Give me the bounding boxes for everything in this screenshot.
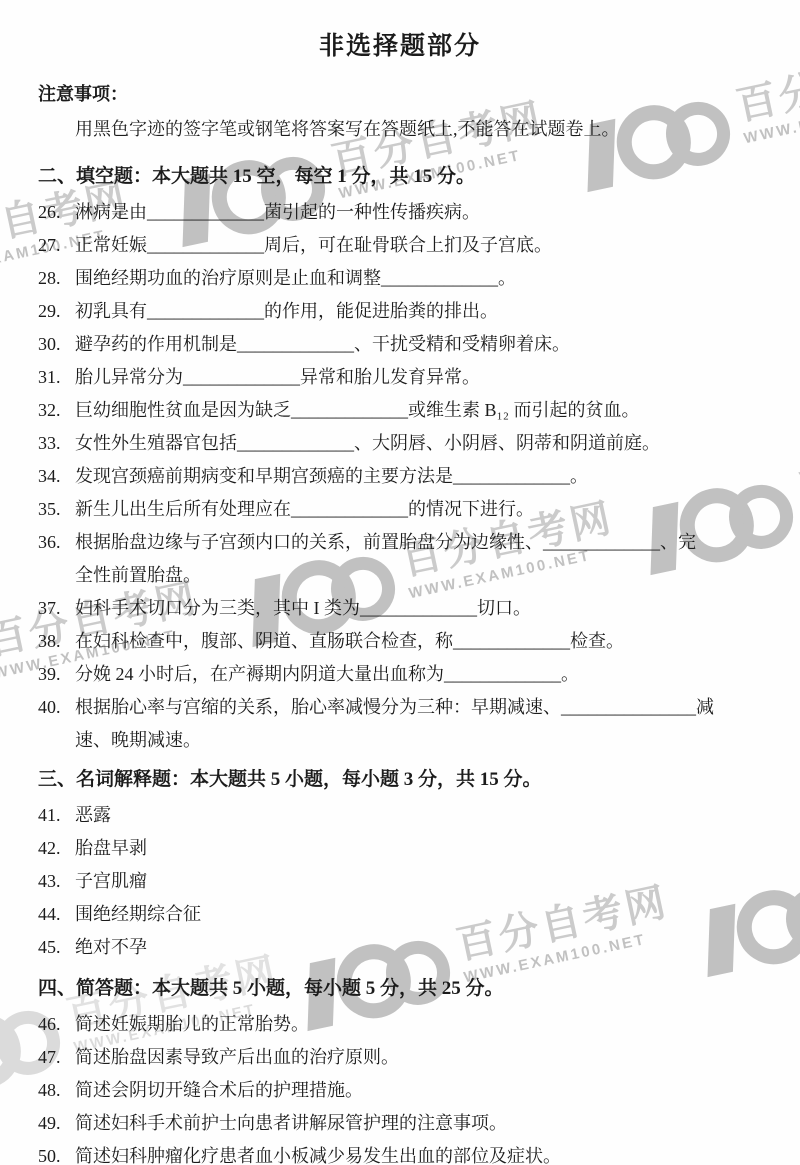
question-item: 44.围绝经期综合征 [75,898,752,931]
question-text: 在妇科检查中，腹部、阴道、直肠联合检查，称_____________检查。 [75,631,624,651]
question-item: 36.根据胎盘边缘与子宫颈内口的关系，前置胎盘分为边缘性、___________… [75,526,752,592]
question-text: 胎盘早剥 [75,838,147,858]
question-item: 35.新生儿出生后所有处理应在_____________的情况下进行。 [75,493,752,526]
question-item: 29.初乳具有_____________的作用，能促进胎粪的排出。 [75,295,752,328]
question-item: 41.恶露 [75,799,752,832]
question-text: 围绝经期功血的治疗原则是止血和调整_____________。 [75,268,516,288]
question-number: 38. [38,625,75,658]
question-text: 简述妇科肿瘤化疗患者血小板减少易发生出血的部位及症状。 [75,1146,561,1165]
question-item: 37.妇科手术切口分为三类，其中 I 类为_____________切口。 [75,592,752,625]
question-text: 围绝经期综合征 [75,904,201,924]
question-number: 40. [38,691,75,724]
question-number: 28. [38,262,75,295]
question-number: 35. [38,493,75,526]
notice-text: 用黑色字迹的签字笔或钢笔将答案写在答题纸上,不能答在试题卷上。 [75,117,750,141]
question-number: 34. [38,460,75,493]
question-text: 简述妊娠期胎儿的正常胎势。 [75,1014,309,1034]
definitions-question-list: 41.恶露 42.胎盘早剥 43.子宫肌瘤 44.围绝经期综合征 45.绝对不孕 [0,799,800,964]
question-item: 33.女性外生殖器官包括_____________、大阴唇、小阴唇、阴蒂和阴道前… [75,427,752,460]
question-item: 30.避孕药的作用机制是_____________、干扰受精和受精卵着床。 [75,328,752,361]
question-text: 避孕药的作用机制是_____________、干扰受精和受精卵着床。 [75,334,570,354]
question-number: 33. [38,427,75,460]
question-number: 27. [38,229,75,262]
question-item: 47.简述胎盘因素导致产后出血的治疗原则。 [75,1041,752,1074]
question-item: 40.根据胎心率与宫缩的关系，胎心率减慢分为三种：早期减速、__________… [75,691,752,757]
question-number: 39. [38,658,75,691]
question-number: 42. [38,832,75,865]
question-text: 根据胎心率与宫缩的关系，胎心率减慢分为三种：早期减速、_____________… [75,697,714,750]
question-number: 41. [38,799,75,832]
question-text: 分娩 24 小时后，在产褥期内阴道大量出血称为_____________。 [75,664,579,684]
question-item: 46.简述妊娠期胎儿的正常胎势。 [75,1008,752,1041]
question-item: 50.简述妇科肿瘤化疗患者血小板减少易发生出血的部位及症状。 [75,1140,752,1165]
question-text: 初乳具有_____________的作用，能促进胎粪的排出。 [75,301,498,321]
question-text: 子宫肌瘤 [75,871,147,891]
question-item: 26.淋病是由_____________菌引起的一种性传播疾病。 [75,196,752,229]
question-item: 45.绝对不孕 [75,931,752,964]
question-text: 绝对不孕 [75,937,147,957]
question-text: 发现宫颈癌前期病变和早期宫颈癌的主要方法是_____________。 [75,466,588,486]
question-text: 妇科手术切口分为三类，其中 I 类为_____________切口。 [75,598,531,618]
question-text: 简述妇科手术前护士向患者讲解尿管护理的注意事项。 [75,1113,507,1133]
question-text: 女性外生殖器官包括_____________、大阴唇、小阴唇、阴蒂和阴道前庭。 [75,433,660,453]
question-text: 简述会阴切开缝合术后的护理措施。 [75,1080,363,1100]
page-title: 非选择题部分 [0,26,800,62]
question-item: 34.发现宫颈癌前期病变和早期宫颈癌的主要方法是_____________。 [75,460,752,493]
notice-label: 注意事项： [38,82,800,106]
question-item: 32.巨幼细胞性贫血是因为缺乏_____________或维生素 B₁₂ 而引起… [75,394,752,427]
question-number: 29. [38,295,75,328]
section-heading-definitions: 三、名词解释题：本大题共 5 小题，每小题 3 分，共 15 分。 [38,767,800,793]
question-number: 48. [38,1074,75,1107]
question-number: 32. [38,394,75,427]
question-text: 简述胎盘因素导致产后出血的治疗原则。 [75,1047,399,1067]
question-number: 30. [38,328,75,361]
question-item: 43.子宫肌瘤 [75,865,752,898]
question-text: 巨幼细胞性贫血是因为缺乏_____________或维生素 B₁₂ 而引起的贫血… [75,400,640,420]
section-heading-short-answer: 四、简答题：本大题共 5 小题，每小题 5 分，共 25 分。 [38,976,800,1002]
question-text: 正常妊娠_____________周后，可在耻骨联合上扪及子宫底。 [75,235,552,255]
question-text: 恶露 [75,805,111,825]
question-number: 47. [38,1041,75,1074]
question-number: 43. [38,865,75,898]
question-number: 49. [38,1107,75,1140]
question-number: 46. [38,1008,75,1041]
question-item: 31.胎儿异常分为_____________异常和胎儿发育异常。 [75,361,752,394]
question-item: 48.简述会阴切开缝合术后的护理措施。 [75,1074,752,1107]
question-number: 44. [38,898,75,931]
question-item: 39.分娩 24 小时后，在产褥期内阴道大量出血称为_____________。 [75,658,752,691]
question-item: 42.胎盘早剥 [75,832,752,865]
question-number: 31. [38,361,75,394]
short-answer-question-list: 46.简述妊娠期胎儿的正常胎势。 47.简述胎盘因素导致产后出血的治疗原则。 4… [0,1008,800,1165]
question-number: 45. [38,931,75,964]
question-item: 28.围绝经期功血的治疗原则是止血和调整_____________。 [75,262,752,295]
exam-page: 百分自考网WWW.EXAM100.NET 百分自考网WWW.EXAM100.NE… [0,0,800,1165]
question-number: 37. [38,592,75,625]
question-text: 根据胎盘边缘与子宫颈内口的关系，前置胎盘分为边缘性、_____________、… [75,532,696,585]
question-number: 36. [38,526,75,559]
question-text: 胎儿异常分为_____________异常和胎儿发育异常。 [75,367,480,387]
question-number: 26. [38,196,75,229]
question-text: 淋病是由_____________菌引起的一种性传播疾病。 [75,202,480,222]
question-number: 50. [38,1140,75,1165]
question-item: 38.在妇科检查中，腹部、阴道、直肠联合检查，称_____________检查。 [75,625,752,658]
section-heading-fill-blank: 二、填空题：本大题共 15 空，每空 1 分，共 15 分。 [38,164,800,190]
fill-blank-question-list: 26.淋病是由_____________菌引起的一种性传播疾病。 27.正常妊娠… [0,196,800,757]
question-item: 27.正常妊娠_____________周后，可在耻骨联合上扪及子宫底。 [75,229,752,262]
question-item: 49.简述妇科手术前护士向患者讲解尿管护理的注意事项。 [75,1107,752,1140]
question-text: 新生儿出生后所有处理应在_____________的情况下进行。 [75,499,534,519]
